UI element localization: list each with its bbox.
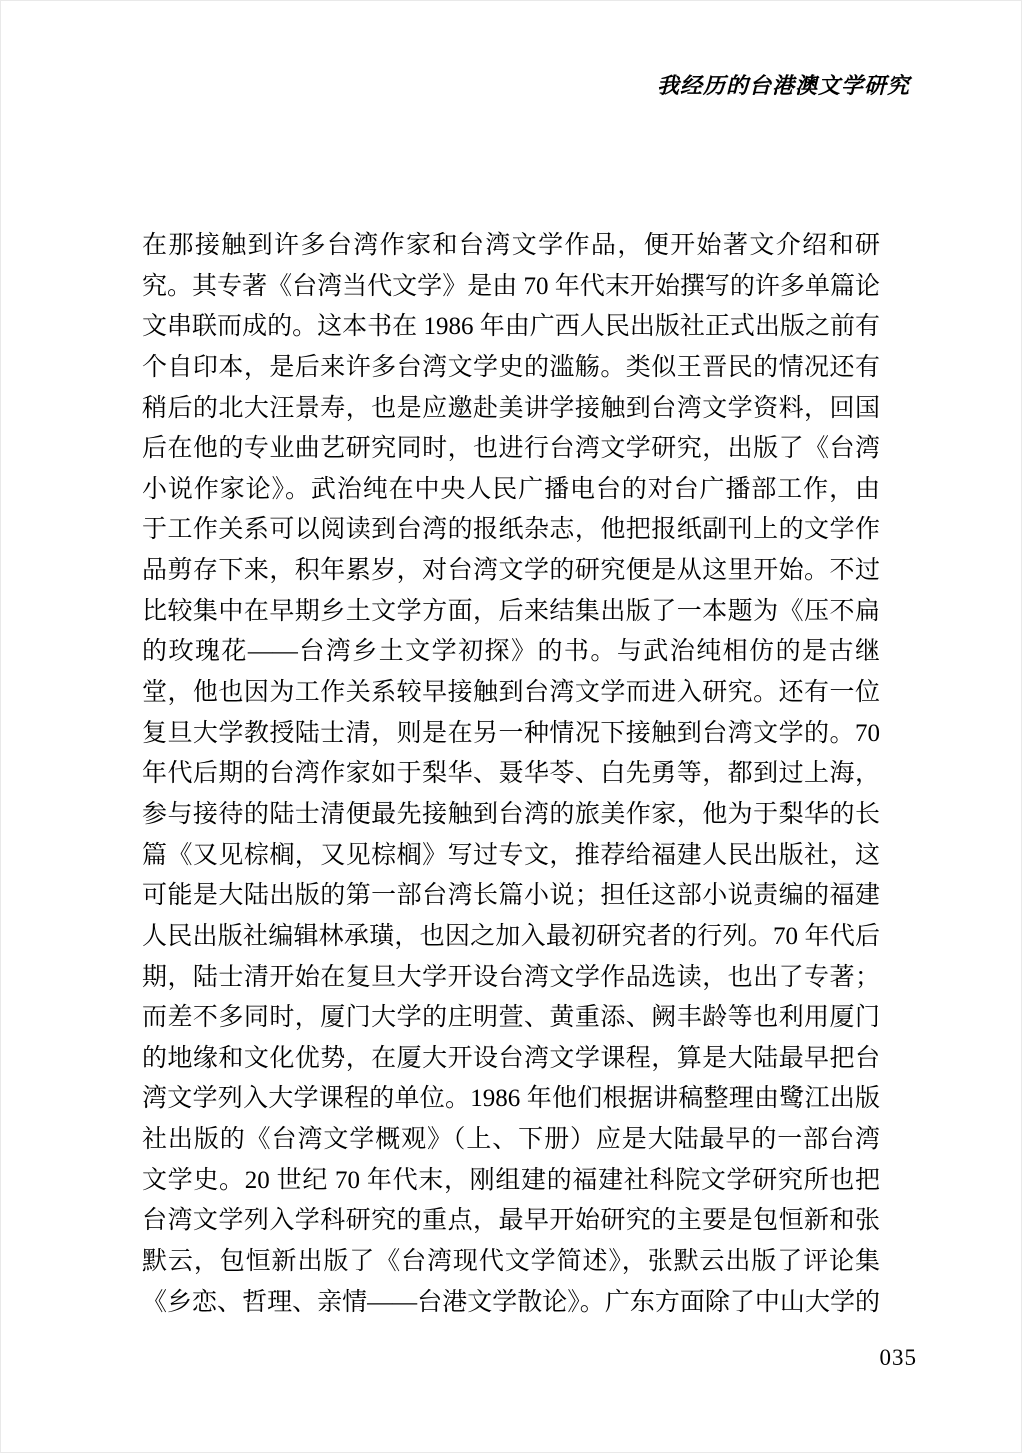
text-line: 期，陆士清开始在复旦大学开设台湾文学作品选读，也出了专著；	[142, 958, 880, 999]
text-line: 可能是大陆出版的第一部台湾长篇小说；担任这部小说责编的福建	[142, 876, 880, 917]
text-line: 个自印本，是后来许多台湾文学史的滥觞。类似王晋民的情况还有	[142, 348, 880, 389]
body-text-block: 在那接触到许多台湾作家和台湾文学作品，便开始著文介绍和研 究。其专著《台湾当代文…	[142, 226, 880, 1323]
text-line: 而差不多同时，厦门大学的庄明萱、黄重添、阙丰龄等也利用厦门	[142, 998, 880, 1039]
text-line: 年代后期的台湾作家如于梨华、聂华苓、白先勇等，都到过上海，	[142, 754, 880, 795]
text-line: 默云，包恒新出版了《台湾现代文学简述》，张默云出版了评论集	[142, 1242, 880, 1283]
text-line: 复旦大学教授陆士清，则是在另一种情况下接触到台湾文学的。70	[142, 714, 880, 755]
text-line: 篇《又见棕榈，又见棕榈》写过专文，推荐给福建人民出版社，这	[142, 836, 880, 877]
text-line: 台湾文学列入学科研究的重点，最早开始研究的主要是包恒新和张	[142, 1201, 880, 1242]
text-line: 在那接触到许多台湾作家和台湾文学作品，便开始著文介绍和研	[142, 226, 880, 267]
text-line: 后在他的专业曲艺研究同时，也进行台湾文学研究，出版了《台湾	[142, 429, 880, 470]
text-line: 社出版的《台湾文学概观》（上、下册）应是大陆最早的一部台湾	[142, 1120, 880, 1161]
page-number: 035	[880, 1344, 918, 1372]
text-line: 的地缘和文化优势，在厦大开设台湾文学课程，算是大陆最早把台	[142, 1039, 880, 1080]
book-page: 我经历的台港澳文学研究 在那接触到许多台湾作家和台湾文学作品，便开始著文介绍和研…	[0, 0, 1022, 1453]
running-header-title: 我经历的台港澳文学研究	[657, 71, 910, 101]
text-line: 品剪存下来，积年累岁，对台湾文学的研究便是从这里开始。不过	[142, 551, 880, 592]
text-line: 于工作关系可以阅读到台湾的报纸杂志，他把报纸副刊上的文学作	[142, 510, 880, 551]
text-line: 稍后的北大汪景寿，也是应邀赴美讲学接触到台湾文学资料，回国	[142, 389, 880, 430]
text-line: 人民出版社编辑林承璜，也因之加入最初研究者的行列。70 年代后	[142, 917, 880, 958]
text-line: 文学史。20 世纪 70 年代末，刚组建的福建社科院文学研究所也把	[142, 1161, 880, 1202]
text-line: 比较集中在早期乡土文学方面，后来结集出版了一本题为《压不扁	[142, 592, 880, 633]
text-line: 参与接待的陆士清便最先接触到台湾的旅美作家，他为于梨华的长	[142, 795, 880, 836]
text-line: 《乡恋、哲理、亲情——台港文学散论》。广东方面除了中山大学的	[142, 1283, 880, 1324]
text-line: 湾文学列入大学课程的单位。1986 年他们根据讲稿整理由鹭江出版	[142, 1079, 880, 1120]
text-line: 究。其专著《台湾当代文学》是由 70 年代末开始撰写的许多单篇论	[142, 267, 880, 308]
text-line: 小说作家论》。武治纯在中央人民广播电台的对台广播部工作，由	[142, 470, 880, 511]
text-line: 的玫瑰花——台湾乡土文学初探》的书。与武治纯相仿的是古继	[142, 632, 880, 673]
text-line: 文串联而成的。这本书在 1986 年由广西人民出版社正式出版之前有	[142, 307, 880, 348]
text-line: 堂，他也因为工作关系较早接触到台湾文学而进入研究。还有一位	[142, 673, 880, 714]
